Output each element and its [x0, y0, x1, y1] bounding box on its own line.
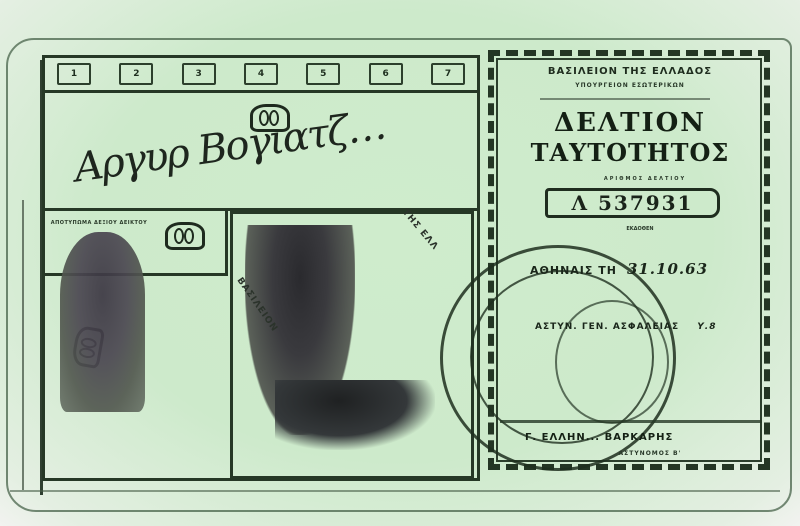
- thumbprint-caption: ΑΠΟΤΥΠΩΜΑ ΔΕΞΙΟΥ ΔΕΙΚΤΟΥ: [24, 220, 174, 226]
- officer-title: ΑΣΤΥΝΟΜΟΣ Β': [590, 450, 710, 457]
- kingdom-heading: ΒΑΣΙΛΕΙΟΝ ΤΗΣ ΕΛΛΑΔΟΣ: [500, 66, 760, 77]
- serial-label: ΑΡΙΘΜΟΣ ΔΕΛΤΙΟΥ: [550, 176, 740, 182]
- ministry-heading: ΥΠΟΥΡΓΕΙΟΝ ΕΣΩΤΕΡΙΚΩΝ: [500, 82, 760, 89]
- digit-box-row: 1 2 3 4 5 6 7: [45, 58, 477, 93]
- digit-box: 3: [182, 63, 216, 85]
- serial-number: Λ 537931: [545, 188, 720, 218]
- digit-box: 7: [431, 63, 465, 85]
- thumbprint-image: [60, 232, 145, 412]
- digit-box: 4: [244, 63, 278, 85]
- card-edge-line: [22, 200, 24, 490]
- digit-box: 1: [57, 63, 91, 85]
- issued-label: ΕΚΔΟΘΕΝ: [590, 226, 690, 232]
- card-title-line1: ΔΕΛΤΙΟΝ: [500, 108, 760, 138]
- issuing-authority: ΑΣΤΥΝ. ΓΕΝ. ΑΣΦΑΛΕΙΑΣ Υ.8: [535, 322, 765, 332]
- stamp-emblem: [555, 300, 669, 424]
- divider: [540, 98, 710, 100]
- signature: Αργυρ Βογιατζ…: [71, 102, 387, 191]
- crown-seal-icon: [165, 222, 205, 250]
- divider: [500, 420, 762, 423]
- digit-box: 2: [119, 63, 153, 85]
- authority-suffix: Υ.8: [697, 322, 716, 332]
- digit-box: 5: [306, 63, 340, 85]
- digit-box: 6: [369, 63, 403, 85]
- portrait-photo-shoulders: [275, 380, 435, 450]
- card-title-line2: ΤΑΥΤΟΤΗΤΟΣ: [500, 138, 760, 167]
- card-bottom-edge: [10, 490, 780, 492]
- authority-name: ΑΣΤΥΝ. ΓΕΝ. ΑΣΦΑΛΕΙΑΣ: [535, 322, 679, 332]
- issue-date: 31.10.63: [627, 260, 708, 278]
- issue-place: ΑΘΗΝΑΙΣ ΤΗ: [530, 264, 617, 277]
- officer-name: Γ. ΕΛΛΗΝ... ΒΑΡΚΑΡΗΣ: [525, 432, 765, 443]
- issue-place-date: ΑΘΗΝΑΙΣ ΤΗ31.10.63: [530, 260, 760, 278]
- crown-seal-icon: [250, 104, 290, 132]
